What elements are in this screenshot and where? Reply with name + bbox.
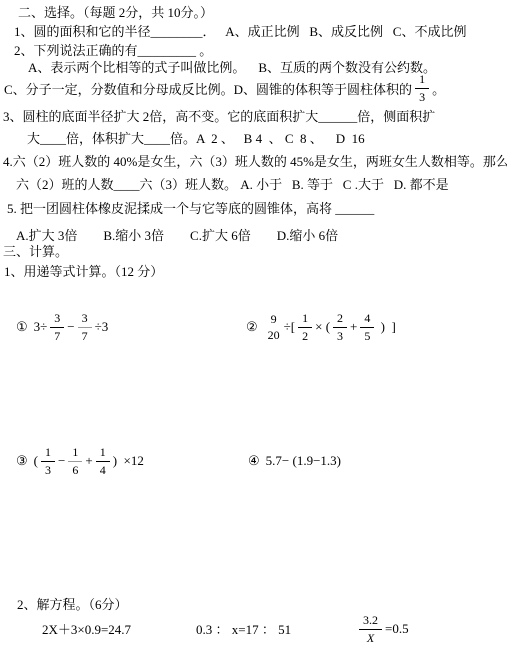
choice-q4-line1: 4.六（2）班人数的 40%是女生，六（3）班人数的 45%是女生，两班女生人数…: [3, 154, 507, 170]
fraction-one-half: 12: [298, 311, 312, 343]
choice-q2: 2、下列说法正确的有_________ 。: [14, 43, 212, 59]
calc-section-header: 三、计算。: [3, 244, 68, 260]
choice-q5-options: A.扩大 3倍 B.缩小 3倍 C.扩大 6倍 D.缩小 6倍: [16, 228, 338, 244]
expression-1-minus: −: [67, 319, 74, 335]
equation-1: 2X＋3×0.9=24.7: [42, 622, 131, 638]
fraction-three-sevenths-a: 37: [50, 311, 64, 343]
fraction-nine-twentieths: 920: [267, 312, 281, 342]
fraction-one-third-b: 13: [41, 445, 55, 477]
choice-q2-cd-text: C、分子一定，分数值和分母成反比例。D、圆锥的体积等于圆柱体积的: [4, 79, 412, 98]
expression-2-times-paren: × (: [315, 319, 330, 335]
fraction-one-sixth: 16: [68, 445, 82, 477]
fraction-four-fifths: 45: [360, 311, 374, 343]
fraction-three-sevenths-b: 37: [78, 311, 92, 343]
expression-4-text: 5.7− (1.9−1.3): [266, 453, 341, 469]
expression-3-open-paren: (: [34, 453, 38, 469]
choice-q1: 1、圆的面积和它的半径________． A、成正比例 B、成反比例 C、不成比…: [14, 24, 466, 40]
expression-4-label: ④: [248, 453, 260, 469]
fraction-one-third: 13: [415, 72, 429, 104]
expression-2-close: ) ]: [377, 319, 395, 335]
equation-2: 0.3 ： x=17 ： 51: [196, 622, 291, 638]
expression-2-label: ②: [246, 319, 258, 335]
calc-sub1-header: 1、用递等式计算。（12 分）: [4, 264, 163, 280]
fraction-3-2-over-x: 3.2X: [359, 613, 382, 645]
exam-page: 二、选择。（每题 2分，共 10分。） 1、圆的面积和它的半径________．…: [0, 0, 507, 653]
calc-expression-3: ③ ( 13 − 16 + 14 ) ×12: [16, 435, 144, 487]
choice-q4-line2: 六（2）班的人数____六（3）班人数。 A. 小于 B. 等于 C .大于 D…: [16, 177, 449, 193]
choice-q5-line1: 5. 把一团圆柱体橡皮泥揉成一个与它等底的圆锥体，高将 ______: [7, 201, 374, 217]
calc-sub2-header: 2、解方程。（6分）: [17, 597, 128, 613]
fraction-one-quarter: 14: [96, 445, 110, 477]
calc-expression-1: ① 3÷ 37 − 37 ÷3: [16, 301, 108, 353]
fraction-two-thirds: 23: [333, 311, 347, 343]
choice-section-header: 二、选择。（每题 2分，共 10分。）: [18, 5, 213, 21]
expression-1-label: ①: [16, 319, 28, 335]
expression-3-label: ③: [16, 453, 28, 469]
expression-3-plus: +: [85, 453, 92, 469]
equation-3: 3.2X =0.5: [356, 607, 409, 651]
expression-2-divide-bracket: ÷[: [284, 319, 295, 335]
choice-q3-line2: 大____倍，体积扩大____倍。A 2 、 B 4 、 C 8 、 D 16: [27, 131, 365, 147]
expression-2-plus: +: [350, 319, 357, 335]
expression-1-text: 3÷: [34, 319, 48, 335]
calc-expression-2: ② 920 ÷[ 12 × ( 23 + 45 ) ]: [246, 299, 396, 355]
choice-q2-options-cd: C、分子一定，分数值和分母成反比例。D、圆锥的体积等于圆柱体积的 13 。: [4, 70, 445, 106]
expression-3-minus: −: [58, 453, 65, 469]
equation-3-rhs: =0.5: [385, 621, 409, 637]
expression-1-tail: ÷3: [95, 319, 109, 335]
calc-expression-4: ④ 5.7− (1.9−1.3): [248, 435, 341, 487]
expression-3-tail: ) ×12: [113, 453, 144, 469]
choice-q3-line1: 3、圆柱的底面半径扩大 2倍，高不变。它的底面积扩大______倍，侧面积扩: [3, 109, 435, 125]
choice-q2-cd-period: 。: [432, 79, 445, 98]
